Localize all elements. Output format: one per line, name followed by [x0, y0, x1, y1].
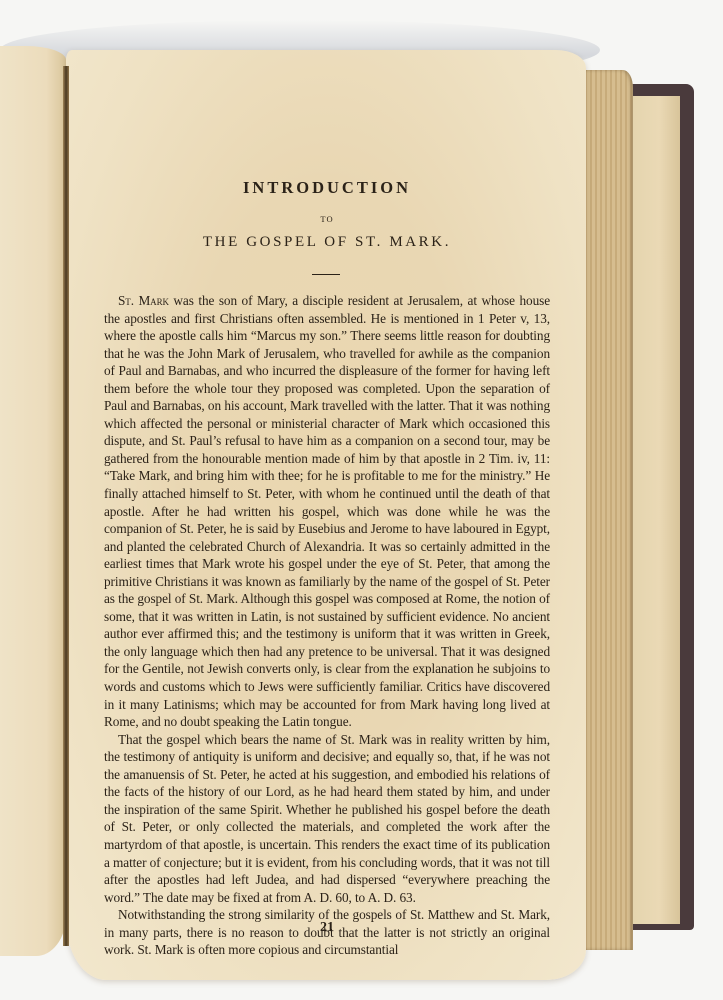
page-number: 21: [104, 920, 550, 936]
chapter-title: INTRODUCTION: [104, 178, 550, 198]
title-rule: [312, 274, 340, 275]
chapter-subtitle: THE GOSPEL OF ST. MARK.: [104, 234, 550, 251]
cover-endpaper: [628, 96, 680, 924]
paragraph-lead: St. Mark: [118, 293, 169, 308]
body-text: St. Mark was the son of Mary, a disciple…: [104, 292, 550, 959]
paragraph-text: was the son of Mary, a disciple resident…: [104, 293, 550, 729]
right-page: INTRODUCTION TO THE GOSPEL OF ST. MARK. …: [66, 50, 586, 980]
book-gutter: [63, 66, 69, 946]
left-page: [0, 46, 66, 956]
paragraph: St. Mark was the son of Mary, a disciple…: [104, 292, 550, 731]
title-connector: TO: [104, 214, 550, 224]
paragraph: That the gospel which bears the name of …: [104, 731, 550, 906]
paragraph-text: That the gospel which bears the name of …: [104, 732, 550, 905]
